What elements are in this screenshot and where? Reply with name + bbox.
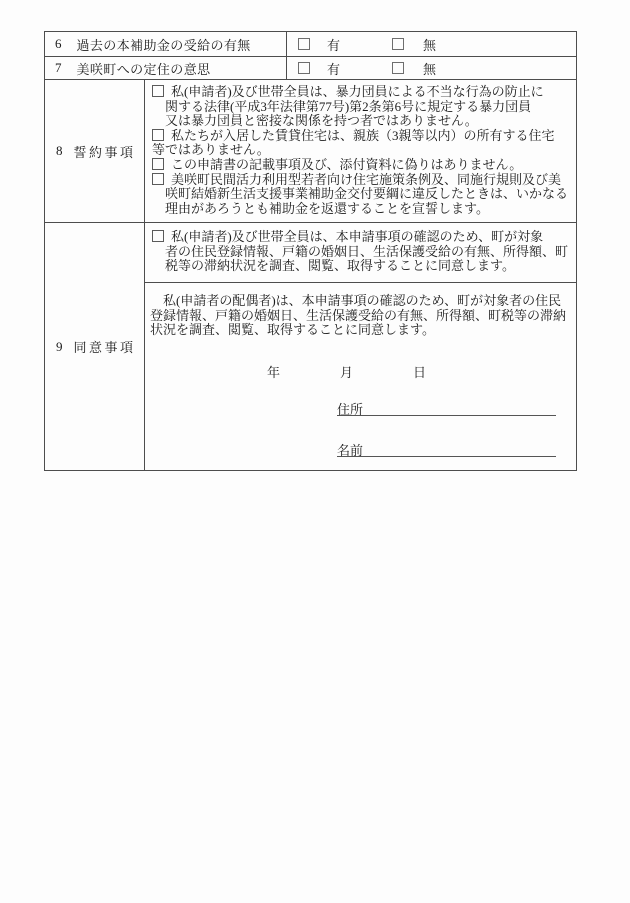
row8-number: 8 xyxy=(56,143,63,159)
pledge-item-1: 私(申請者)及び世帯全員は、暴力団員による不当な行為の防止に 関する法律(平成3… xyxy=(145,85,570,129)
consent-applicant-item: 私(申請者)及び世帯全員は、本申請事項の確認のため、町が対象 者の住民登録情報、… xyxy=(145,230,570,274)
pledge-3-text: この申請書の記載事項及び、添付資料に偽りはありません。 xyxy=(171,157,522,172)
row6-number: 6 xyxy=(55,36,62,52)
row6-question-cell: 6過去の本補助金の受給の有無 xyxy=(45,32,287,57)
pledge-item-2: 私たちが入居した賃貸住宅は、親族（3親等以内）の所有する住宅 等ではありません。 xyxy=(145,129,570,158)
date-line[interactable]: 年月日 xyxy=(267,362,426,381)
consent-applicant-checkbox[interactable] xyxy=(152,230,164,242)
pledge-4-text: 美咲町民間活力利用型若者向け住宅施策条例及、同施行規則及び美 咲町結婚新生活支援… xyxy=(165,172,568,216)
row6-no-checkbox[interactable] xyxy=(392,38,404,50)
row7-no-checkbox[interactable] xyxy=(392,62,404,74)
pledge-item-3: この申請書の記載事項及び、添付資料に偽りはありません。 xyxy=(145,158,570,173)
date-day-label: 日 xyxy=(413,362,426,381)
row9-label: 同意事項 xyxy=(74,337,136,356)
name-blank-line[interactable]: 名前 xyxy=(337,440,556,457)
pledge-item-4: 美咲町民間活力利用型若者向け住宅施策条例及、同施行規則及び美 咲町結婚新生活支援… xyxy=(145,173,570,217)
row6-yes-label: 有 xyxy=(327,35,340,54)
address-label: 住所 xyxy=(337,402,363,417)
pledge-3-checkbox[interactable] xyxy=(152,158,164,170)
row7-answer-cell: 有無 xyxy=(287,57,576,80)
consent-applicant-text: 私(申請者)及び世帯全員は、本申請事項の確認のため、町が対象 者の住民登録情報、… xyxy=(165,229,568,273)
pledge-4-checkbox[interactable] xyxy=(152,173,164,185)
pledge-2-checkbox[interactable] xyxy=(152,129,164,141)
consent-spouse-text: 私(申請者の配偶者)は、本申請事項の確認のため、町が対象者の住民 登録情報、戸籍… xyxy=(145,294,570,338)
row6-yes-checkbox[interactable] xyxy=(298,38,310,50)
pledge-1-checkbox[interactable] xyxy=(152,85,164,97)
row6-answer-cell: 有無 xyxy=(287,32,576,57)
row6-no-label: 無 xyxy=(423,35,436,54)
row9-number: 9 xyxy=(56,339,63,355)
row8-label-cell: 8誓約事項 xyxy=(45,80,145,223)
row9-applicant-consent-cell: 私(申請者)及び世帯全員は、本申請事項の確認のため、町が対象 者の住民登録情報、… xyxy=(145,223,576,283)
row9-label-cell: 9同意事項 xyxy=(45,223,145,470)
row8-label: 誓約事項 xyxy=(74,142,136,161)
pledge-1-text: 私(申請者)及び世帯全員は、暴力団員による不当な行為の防止に 関する法律(平成3… xyxy=(165,84,544,128)
row7-question-cell: 7美咲町への定住の意思 xyxy=(45,57,287,80)
name-label: 名前 xyxy=(337,443,363,458)
address-blank-line[interactable]: 住所 xyxy=(337,399,556,416)
row7-yes-label: 有 xyxy=(327,59,340,78)
row6-label: 過去の本補助金の受給の有無 xyxy=(77,35,251,54)
row7-yes-checkbox[interactable] xyxy=(298,62,310,74)
date-year-label: 年 xyxy=(267,362,280,381)
row8-pledge-cell: 私(申請者)及び世帯全員は、暴力団員による不当な行為の防止に 関する法律(平成3… xyxy=(145,80,576,223)
application-form-table: 6過去の本補助金の受給の有無 有無 7美咲町への定住の意思 有無 8誓約事項 私… xyxy=(44,31,577,471)
row7-label: 美咲町への定住の意思 xyxy=(77,59,211,78)
row7-no-label: 無 xyxy=(423,59,436,78)
date-month-label: 月 xyxy=(340,362,353,381)
row9-spouse-consent-cell: 私(申請者の配偶者)は、本申請事項の確認のため、町が対象者の住民 登録情報、戸籍… xyxy=(145,283,576,470)
row7-number: 7 xyxy=(55,60,62,76)
pledge-2-text: 私たちが入居した賃貸住宅は、親族（3親等以内）の所有する住宅 等ではありません。 xyxy=(152,128,555,158)
